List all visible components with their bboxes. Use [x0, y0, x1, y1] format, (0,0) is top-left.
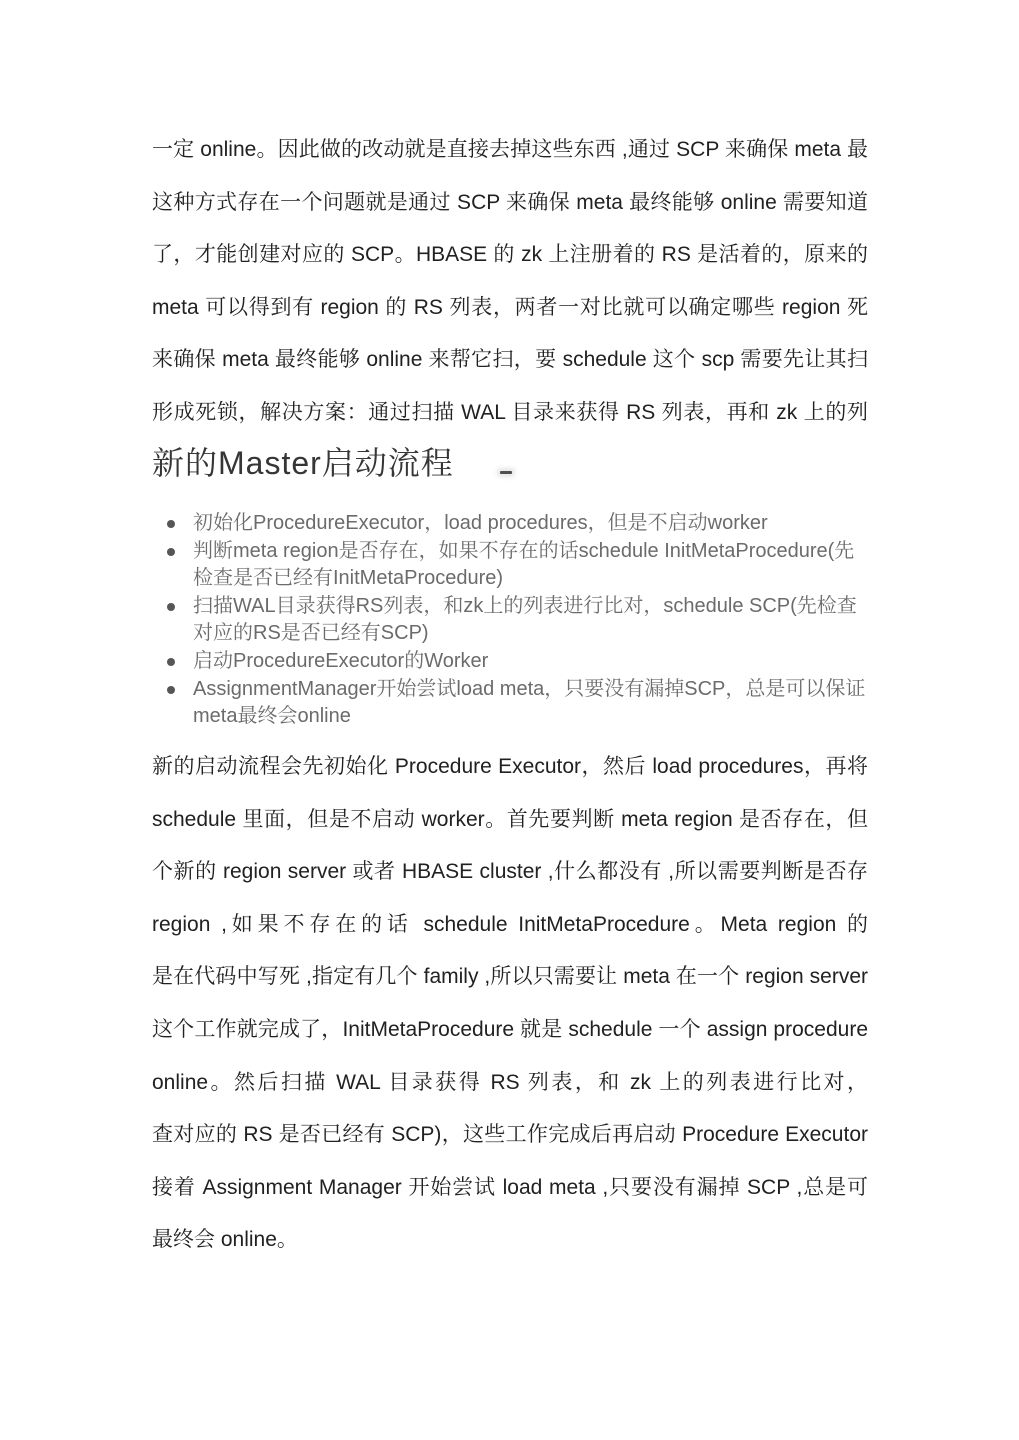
paragraph-line: 是在代码中写死 ,指定有几个 family ,所以只需要让 meta 在一个 r… [152, 951, 868, 1004]
paragraph-line: schedule 里面，但是不启动 worker。首先要判断 meta regi… [152, 794, 868, 847]
paragraph-1: 一定 online。因此做的改动就是直接去掉这些东西 ,通过 SCP 来确保 m… [152, 124, 868, 440]
bullet-list: 初始化ProcedureExecutor，load procedures，但是不… [152, 510, 868, 731]
list-item: 初始化ProcedureExecutor，load procedures，但是不… [152, 510, 868, 538]
paragraph-line: meta 可以得到有 region 的 RS 列表，两者一对比就可以确定哪些 r… [152, 282, 868, 335]
list-item: AssignmentManager开始尝试load meta，只要没有漏掉SCP… [152, 676, 868, 731]
paragraph-2: 新的启动流程会先初始化 Procedure Executor，然后 load p… [152, 741, 868, 1267]
paragraph-line: online。然后扫描 WAL 目录获得 RS 列表，和 zk 上的列表进行比对… [152, 1057, 868, 1110]
paragraph-line: 新的启动流程会先初始化 Procedure Executor，然后 load p… [152, 741, 868, 794]
section-heading: 新的Master启动流程 [152, 441, 454, 485]
paragraph-line: 形成死锁，解决方案：通过扫描 WAL 目录来获得 RS 列表，再和 zk 上的列… [152, 387, 868, 440]
paragraph-line: 来确保 meta 最终能够 online 来帮它扫，要 schedule 这个 … [152, 334, 868, 387]
paragraph-line: 这种方式存在一个问题就是通过 SCP 来确保 meta 最终能够 online … [152, 177, 868, 230]
paragraph-line: 一定 online。因此做的改动就是直接去掉这些东西 ,通过 SCP 来确保 m… [152, 124, 868, 177]
list-item: 启动ProcedureExecutor的Worker [152, 648, 868, 676]
document-page: 一定 online。因此做的改动就是直接去掉这些东西 ,通过 SCP 来确保 m… [0, 0, 1019, 1440]
list-item: 判断meta region是否存在，如果不存在的话schedule InitMe… [152, 538, 868, 593]
paragraph-line: 接着 Assignment Manager 开始尝试 load meta ,只要… [152, 1162, 868, 1215]
paragraph-line: region ,如果不存在的话 schedule InitMetaProcedu… [152, 899, 868, 952]
paragraph-line: 最终会 online。 [152, 1214, 868, 1267]
paragraph-line: 了，才能创建对应的 SCP。HBASE 的 zk 上注册着的 RS 是活着的，原… [152, 229, 868, 282]
stray-dash-mark [500, 471, 512, 474]
paragraph-line: 查对应的 RS 是否已经有 SCP)，这些工作完成后再启动 Procedure … [152, 1109, 868, 1162]
list-item: 扫描WAL目录获得RS列表，和zk上的列表进行比对，schedule SCP(先… [152, 593, 868, 648]
paragraph-line: 个新的 region server 或者 HBASE cluster ,什么都没… [152, 846, 868, 899]
paragraph-line: 这个工作就完成了，InitMetaProcedure 就是 schedule 一… [152, 1004, 868, 1057]
